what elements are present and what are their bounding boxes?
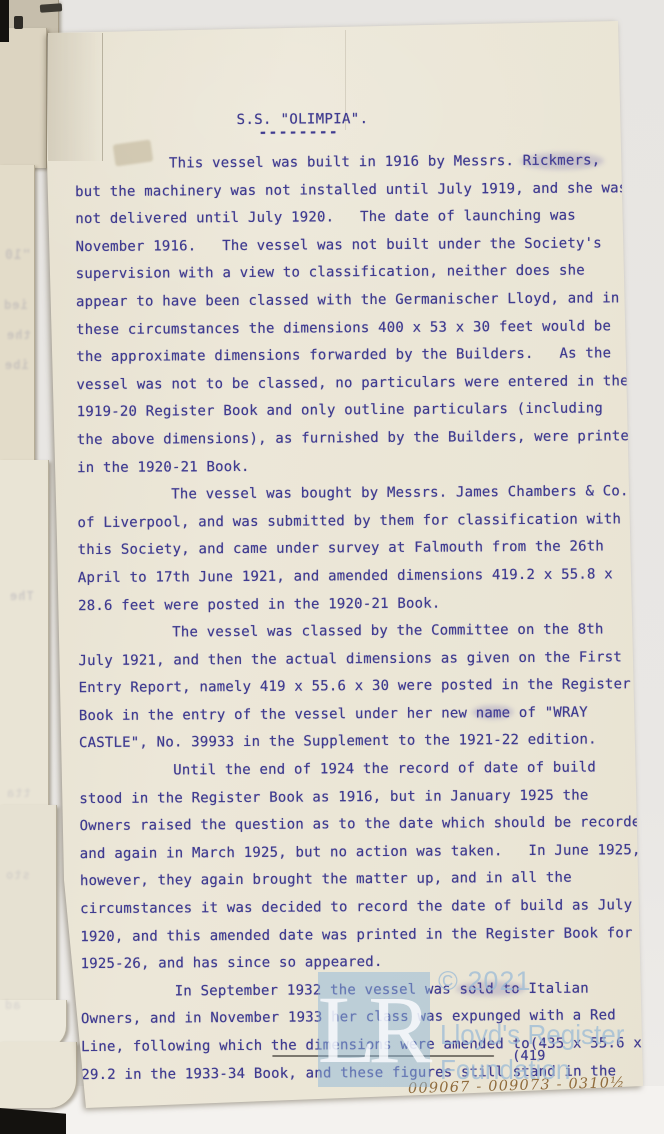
typed-line: not delivered until July 1920. The date … bbox=[75, 202, 635, 234]
typed-line: Owners, and in November 1933 her class w… bbox=[81, 1003, 641, 1035]
typed-line: 28.6 feet were posted in the 1920-21 Boo… bbox=[78, 589, 638, 621]
typed-line: The vessel was classed by the Committee … bbox=[78, 616, 638, 648]
title-underline: -------- bbox=[259, 124, 339, 141]
typed-line: in the 1920-21 Book. bbox=[77, 451, 637, 483]
typed-body: This vessel was built in 1916 by Messrs.… bbox=[75, 147, 642, 1089]
typed-line: supervision with a view to classificatio… bbox=[76, 258, 636, 290]
typed-line: of Liverpool, and was submitted by them … bbox=[77, 506, 637, 538]
typed-line: circumstances it was decided to record t… bbox=[80, 892, 640, 924]
pencil-underline bbox=[272, 1055, 494, 1057]
typed-line: the approximate dimensions forwarded by … bbox=[76, 340, 636, 372]
typed-line: these circumstances the dimensions 400 x… bbox=[76, 313, 636, 345]
typed-line: 1919-20 Register Book and only outline p… bbox=[77, 396, 637, 428]
typed-insert-annotation: (419 bbox=[512, 1048, 545, 1064]
document-page-wrap: S.S. "OLIMPIA". -------- This vessel was… bbox=[0, 0, 664, 1134]
typed-line: November 1916. The vessel was not built … bbox=[75, 230, 635, 262]
typed-text-group: S.S. "OLIMPIA". -------- This vessel was… bbox=[0, 0, 664, 1134]
typed-line: the above dimensions), as furnished by t… bbox=[77, 423, 637, 455]
typed-line: this Society, and came under survey at F… bbox=[78, 533, 638, 565]
typed-line: appear to have been classed with the Ger… bbox=[76, 285, 636, 317]
typed-line: The vessel was bought by Messrs. James C… bbox=[77, 478, 637, 510]
typed-line: April to 17th June 1921, and amended dim… bbox=[78, 561, 638, 593]
typed-line: Owners raised the question as to the dat… bbox=[79, 809, 639, 841]
typed-line: Until the end of 1924 the record of date… bbox=[79, 754, 639, 786]
typed-line: 1925-26, and has since so appeared. bbox=[80, 947, 640, 979]
typed-line: stood in the Register Book as 1916, but … bbox=[79, 782, 639, 814]
typed-line: but the machinery was not installed unti… bbox=[75, 175, 635, 207]
document-page: S.S. "OLIMPIA". -------- This vessel was… bbox=[0, 0, 664, 1134]
typed-line: however, they again brought the matter u… bbox=[80, 865, 640, 897]
typed-line: vessel was not to be classed, no particu… bbox=[76, 368, 636, 400]
typed-line: July 1921, and then the actual dimension… bbox=[78, 644, 638, 676]
typed-line: Book in the entry of the vessel under he… bbox=[79, 699, 639, 731]
typed-line: and again in March 1925, but no action w… bbox=[80, 837, 640, 869]
typed-line: 1920, and this amended date was printed … bbox=[80, 920, 640, 952]
typed-line: Entry Report, namely 419 x 55.6 x 30 wer… bbox=[79, 671, 639, 703]
typed-line: CASTLE", No. 39933 in the Supplement to … bbox=[79, 727, 639, 759]
typed-line: In September 1932 the vessel was sold to… bbox=[81, 975, 641, 1007]
